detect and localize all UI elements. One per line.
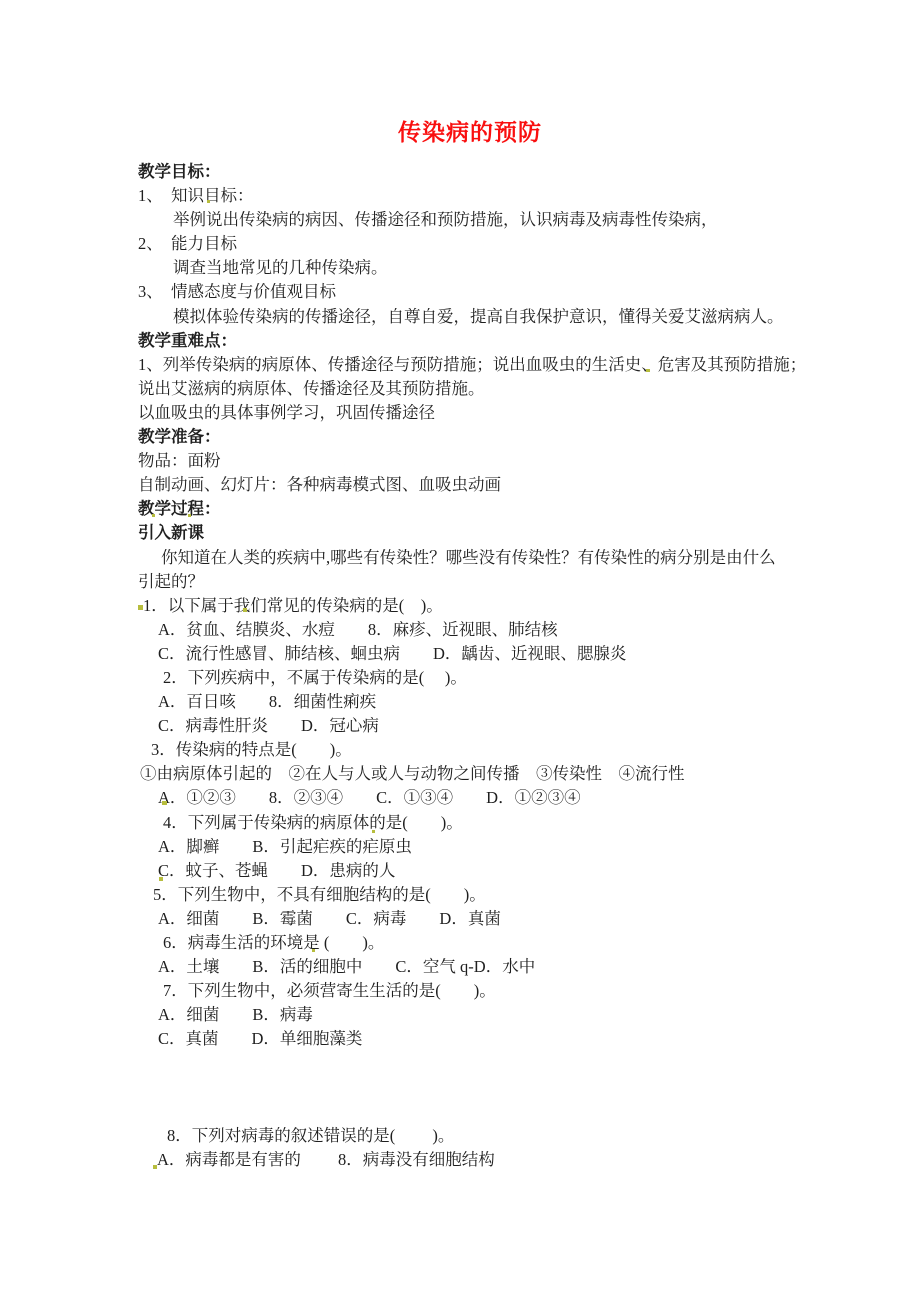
question-4-options-ab: A．脚癣 B．引起疟疾的疟原虫 [138,835,838,859]
question-4-options-cd: C．蚊子、苍蝇 D．患病的人 [138,859,838,883]
paragraph-animations: 自制动画、幻灯片：各种病毒模式图、血吸虫动画 [138,473,838,497]
question-3-choices: ①由病原体引起的 ②在人与人或人与动物之间传播 ③传染性 ④流行性 [138,762,838,786]
scan-artifact-mark [138,605,143,610]
scan-artifact-mark [312,949,315,952]
question-7: 7．下列生物中，必须营寄生生活的是( )。 [138,979,838,1003]
question-5-options: A．细菌 B．霉菌 C．病毒 D．真菌 [138,907,838,931]
question-2-options-ab: A．百日咳 8．细菌性痢疾 [138,690,838,714]
question-3-options: A．①②③ 8．②③④ C．①③④ D．①②③④ [138,786,838,810]
question-1-options-ab: A．贫血、结膜炎、水痘 8．麻疹、近视眼、肺结核 [138,618,838,642]
scan-artifact-mark [153,1165,157,1169]
scan-artifact-mark [646,369,650,372]
question-6: 6．病毒生活的环境是 ( )。 [138,931,838,955]
paragraph-knowledge-goal: 举例说出传染病的病因、传播途径和预防措施，认识病毒及病毒性传染病， [138,208,838,232]
paragraph-key-points-2: 说出艾滋病的病原体、传播途径及其预防措施。 [138,377,838,401]
blank-line [138,1051,838,1075]
document-page: 传染病的预防 教学目标：1、 知识目标：举例说出传染病的病因、传播途径和预防措施… [0,0,920,1302]
question-7-options-ab: A．细菌 B．病毒 [138,1003,838,1027]
heading-key-difficult-points: 教学重难点： [138,329,838,353]
question-8-options-ab: A．病毒都是有害的 8．病毒没有细胞结构 [138,1148,838,1172]
question-1: 1．以下属于我们常见的传染病的是( )。 [138,594,838,618]
paragraph-intro-question-1: 你知道在人类的疾病中,哪些有传染性？哪些没有传染性？有传染性的病分别是由什么 [138,546,838,570]
question-1-options-cd: C．流行性感冒、肺结核、蛔虫病 D．龋齿、近视眼、腮腺炎 [138,642,838,666]
heading-teaching-goals: 教学目标： [138,160,838,184]
paragraph-ability-goal: 调查当地常见的几种传染病。 [138,256,838,280]
scan-artifact-mark [243,608,247,612]
paragraph-emotion-goal: 模拟体验传染病的传播途径，自尊自爱，提高自我保护意识，懂得关爱艾滋病病人。 [138,305,838,329]
question-2-options-cd: C．病毒性肝炎 D．冠心病 [138,714,838,738]
document-body: 教学目标：1、 知识目标：举例说出传染病的病因、传播途径和预防措施，认识病毒及病… [138,160,838,1172]
scan-artifact-mark [372,830,375,833]
paragraph-key-points-1: 1、列举传染病的病原体、传播途径与预防措施；说出血吸虫的生活史、危害及其预防措施… [138,353,838,377]
paragraph-materials: 物品：面粉 [138,449,838,473]
heading-preparation: 教学准备： [138,425,838,449]
question-3: 3．传染病的特点是( )。 [138,738,838,762]
question-7-options-cd: C．真菌 D．单细胞藻类 [138,1027,838,1051]
heading-intro-new-lesson: 引入新课 [138,521,838,545]
scan-artifact-mark [207,200,210,203]
item-knowledge-goal: 1、 知识目标： [138,184,838,208]
question-6-options: A．土壤 B．活的细胞中 C．空气 q-D．水中 [138,955,838,979]
page-title: 传染病的预防 [138,119,802,146]
paragraph-intro-question-2: 引起的？ [138,570,838,594]
heading-teaching-process: 教学过程： [138,497,838,521]
question-5: 5．下列生物中，不具有细胞结构的是( )。 [138,883,838,907]
question-4: 4．下列属于传染病的病原体的是( )。 [138,811,838,835]
blank-line [138,1076,838,1100]
scan-artifact-mark [152,514,155,517]
question-2: 2．下列疾病中，不属于传染病的是( )。 [138,666,838,690]
blank-line [138,1100,838,1124]
paragraph-key-points-3: 以血吸虫的具体事例学习，巩固传播途径 [138,401,838,425]
scan-artifact-mark [159,877,163,881]
scan-artifact-mark [188,514,191,517]
item-emotion-goal: 3、 情感态度与价值观目标 [138,280,838,304]
scan-artifact-mark [162,801,167,805]
question-8: 8．下列对病毒的叙述错误的是( )。 [138,1124,838,1148]
item-ability-goal: 2、 能力目标 [138,232,838,256]
